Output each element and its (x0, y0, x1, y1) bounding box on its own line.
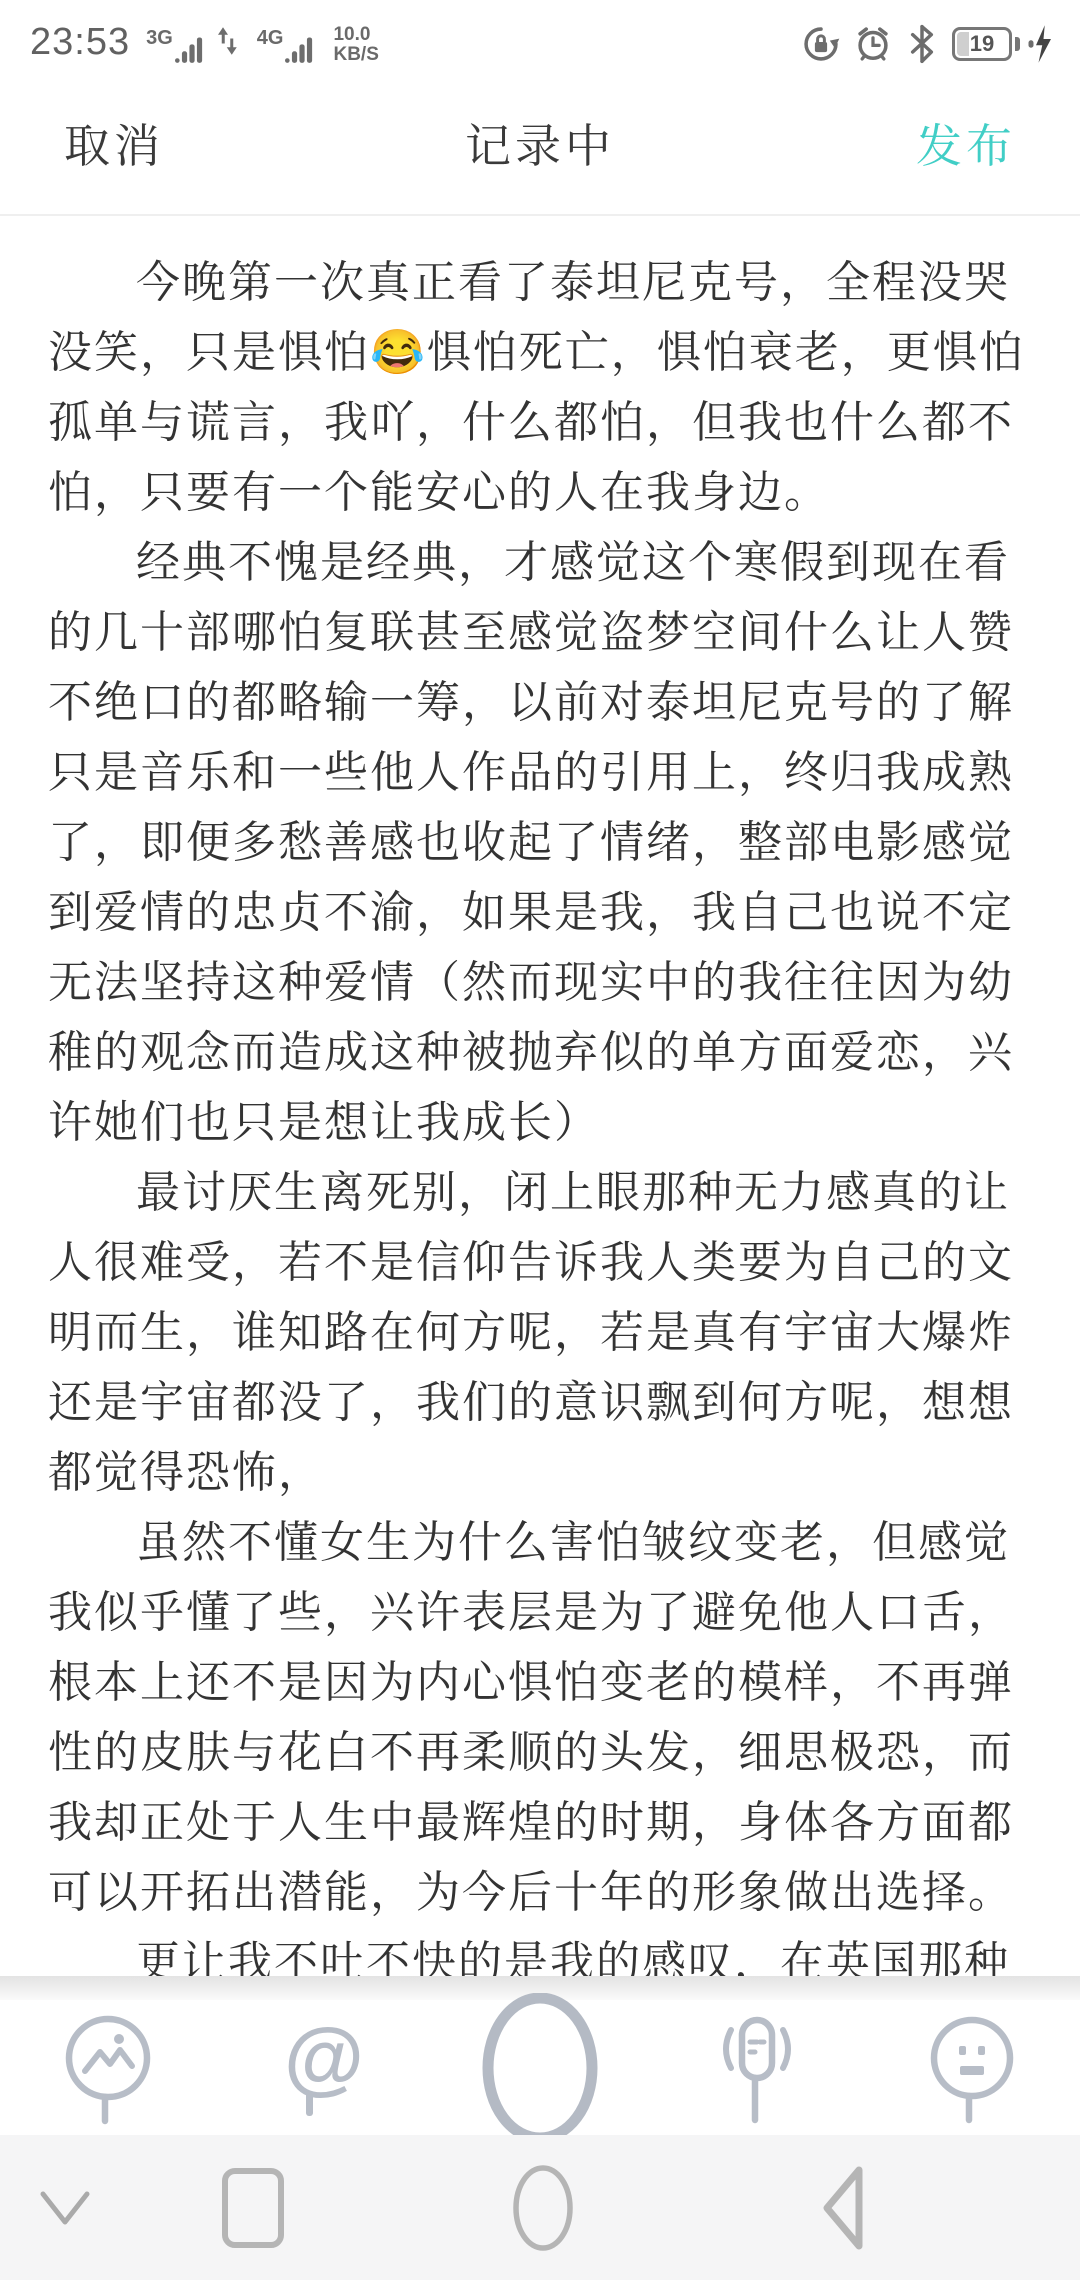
signal-4g: 4G (257, 34, 316, 64)
rotation-lock-icon (802, 25, 840, 63)
at-stem (306, 2092, 313, 2116)
navigation-bar (0, 2135, 1080, 2280)
alarm-icon (854, 25, 892, 63)
page-title: 记录中 (465, 110, 615, 176)
clock: 23:53 (30, 21, 130, 64)
battery-fill (957, 32, 969, 56)
photo-icon (56, 2008, 160, 2128)
charging-bolt-icon (1028, 24, 1054, 64)
microphone-icon (701, 2008, 811, 2128)
note-editor[interactable]: 今晚第一次真正看了泰坦尼克号，全程没哭没笑，只是惧怕😂惧怕死亡，惧怕衰老，更惧怕… (0, 218, 1080, 1976)
network-speed: 10.0 KB/S (333, 25, 378, 64)
battery-icon: 19 (952, 27, 1012, 61)
mention-button[interactable]: @ (216, 2000, 432, 2135)
note-paragraph: 虽然不懂女生为什么害怕皱纹变老，但感觉我似乎懂了些，兴许表层是为了避免他人口舌，… (48, 1508, 1032, 1928)
signal-bars-icon (175, 34, 205, 64)
at-glyph: @ (284, 2019, 364, 2097)
home-circle-icon (510, 2162, 576, 2254)
network-4g-label: 4G (257, 27, 284, 50)
note-paragraph: 最讨厌生离死别，闭上眼那种无力感真的让人很难受，若不是信仰告诉我人类要为自己的文… (48, 1158, 1032, 1508)
note-paragraph: 更让我不吐不快的是我的感叹，在英国那种重工业时代，还没如今信息化那么发达的时候，… (48, 1928, 1032, 1976)
status-left-cluster: 23:53 3G 4G (30, 21, 379, 64)
speed-value: 10.0 (333, 25, 370, 44)
emoji-button[interactable] (864, 2000, 1080, 2135)
home-button[interactable] (495, 2135, 590, 2280)
battery-percent: 19 (970, 31, 994, 57)
recents-square-icon (220, 2166, 286, 2250)
cancel-button[interactable]: 取消 (64, 110, 164, 176)
chevron-down-icon (35, 2186, 95, 2230)
mention-icon: @ (284, 2019, 364, 2117)
editor-header: 取消 记录中 发布 (0, 72, 1080, 216)
screen: 23:53 3G 4G (0, 0, 1080, 2280)
recents-button[interactable] (205, 2135, 300, 2280)
editor-toolbar: @ (0, 2000, 1080, 2135)
signal-3g: 3G (146, 34, 205, 64)
voice-input-button[interactable] (648, 2000, 864, 2135)
record-circle-icon (475, 1993, 605, 2143)
hide-keyboard-button[interactable] (20, 2135, 110, 2280)
note-paragraph: 经典不愧是经典，才感觉这个寒假到现在看的几十部哪怕复联甚至感觉盗梦空间什么让人赞… (48, 528, 1032, 1158)
back-button[interactable] (795, 2135, 890, 2280)
record-button[interactable] (432, 2000, 648, 2135)
note-paragraph: 今晚第一次真正看了泰坦尼克号，全程没哭没笑，只是惧怕😂惧怕死亡，惧怕衰老，更惧怕… (48, 248, 1032, 528)
emoji-icon (920, 2008, 1024, 2128)
publish-button[interactable]: 发布 (916, 110, 1016, 176)
speed-unit: KB/S (333, 45, 378, 64)
status-bar: 23:53 3G 4G (0, 0, 1080, 72)
status-right-cluster: 19 (802, 24, 1054, 64)
data-arrows-icon (215, 26, 241, 56)
signal-bars-icon (285, 34, 315, 64)
insert-photo-button[interactable] (0, 2000, 216, 2135)
network-3g-label: 3G (146, 27, 173, 50)
back-triangle-icon (813, 2160, 873, 2256)
bluetooth-icon (906, 24, 938, 64)
battery-nub (1015, 37, 1020, 51)
